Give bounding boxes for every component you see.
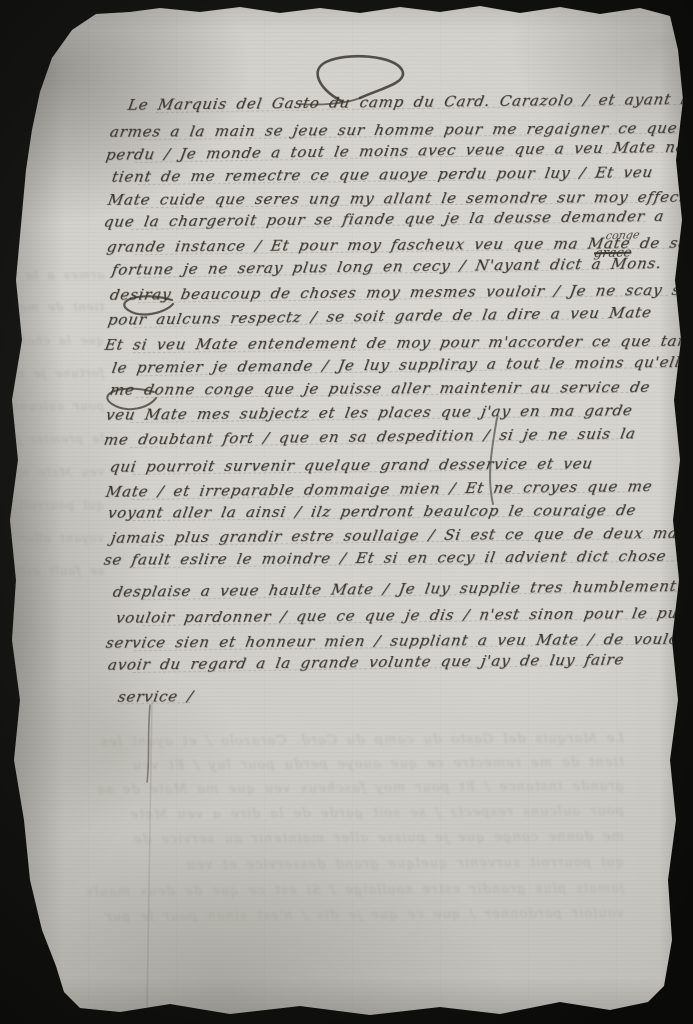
ghost-line: jamais plus grandir estre soullaige / Si…	[58, 881, 624, 900]
manuscript-line: service /	[116, 687, 194, 706]
manuscript-line: le premier je demande / Je luy suppliray…	[111, 353, 692, 377]
ghost-line: se fault eslir	[4, 564, 104, 579]
manuscript-line: voyant aller la ainsi / ilz perdront bea…	[106, 501, 637, 522]
ghost-line: armes a la mai	[4, 268, 104, 283]
neighbor-page-edge	[688, 140, 693, 1024]
manuscript-line: armes a la main se jeue sur homme pour m…	[108, 119, 693, 141]
ghost-line: qui pourroit survenir quelque grand dess…	[58, 855, 624, 874]
manuscript-line: Le Marquis del Gasto du camp du Card. Ca…	[127, 90, 693, 114]
manuscript-line: Mate cuide que seres ung my allant le se…	[106, 188, 687, 209]
ghost-line: le premier je	[4, 432, 104, 447]
manuscript-line: desiray beaucoup de choses moy mesmes vo…	[108, 281, 687, 304]
manuscript-line: tient de me remectre ce que auoye perdu …	[110, 163, 654, 186]
ghost-line: me donne conge que je puisse aller maint…	[58, 829, 624, 848]
manuscript-line: qui pourroit survenir quelque grand dess…	[108, 455, 594, 476]
struck-word: grace	[593, 246, 633, 262]
manuscript-line: jamais plus grandir estre soullaige / Si…	[109, 524, 693, 547]
ghost-line: qui pourroit s	[4, 498, 104, 513]
manuscript-line: veu Mate mes subjectz et les places que …	[104, 401, 634, 424]
ghost-line: vouloir pardonner / que ce que je dis / …	[58, 906, 624, 925]
interlinear-correction: conge	[605, 228, 641, 242]
manuscript-line: me doubtant fort / que en sa despedition…	[103, 425, 638, 449]
ghost-line: tient de me remectre ce que auoye perdu …	[58, 755, 624, 774]
manuscript-line: perdu / Je monde a tout le moins avec ve…	[105, 138, 693, 164]
manuscript-line: service sien et honneur mien / suppliant…	[104, 630, 693, 652]
ghost-line: Le Marquis del Gasto du camp du Card. Ca…	[58, 731, 624, 750]
ghost-line: que la charger	[4, 333, 104, 348]
ghost-line: voyant aller l	[4, 531, 104, 546]
manuscript-photo: Le Marquis del Gasto du camp du Card. Ca…	[0, 0, 693, 1024]
paper-sheet: Le Marquis del Gasto du camp du Card. Ca…	[0, 0, 693, 1024]
manuscript-line: fortune je ne seray plus long en cecy / …	[111, 254, 664, 279]
manuscript-line: avoir du regard a la grande volunte que …	[107, 651, 626, 674]
manuscript-line: pour aulcuns respectz / se soit garde de…	[107, 303, 654, 329]
ghost-line: grande instance / Et pour moy fascheux v…	[58, 779, 624, 798]
manuscript-line: Mate / et irreparable dommaige mien / Et…	[105, 477, 654, 501]
manuscript-line: desplaise a veue haulte Mate / Je luy su…	[112, 577, 693, 601]
manuscript-line: vouloir pardonner / que ce que je dis / …	[114, 604, 687, 627]
manuscript-line: que la chargeroit pour se fiande que je …	[103, 207, 666, 231]
manuscript-line: me donne conge que je puisse aller maint…	[108, 378, 651, 399]
ghost-line: veu Mate mes s	[4, 465, 104, 480]
ghost-line: pour aulcuns r	[4, 399, 104, 414]
manuscript-line: Et si veu Mate entendement de moy pour m…	[103, 332, 693, 354]
manuscript-line: se fault eslire le moindre / Et si en ce…	[102, 547, 693, 569]
ghost-line: pour aulcuns respectz / se soit garde de…	[58, 804, 624, 823]
ghost-line: fortune je ne	[4, 366, 104, 381]
ghost-line: tient de me re	[4, 300, 104, 315]
